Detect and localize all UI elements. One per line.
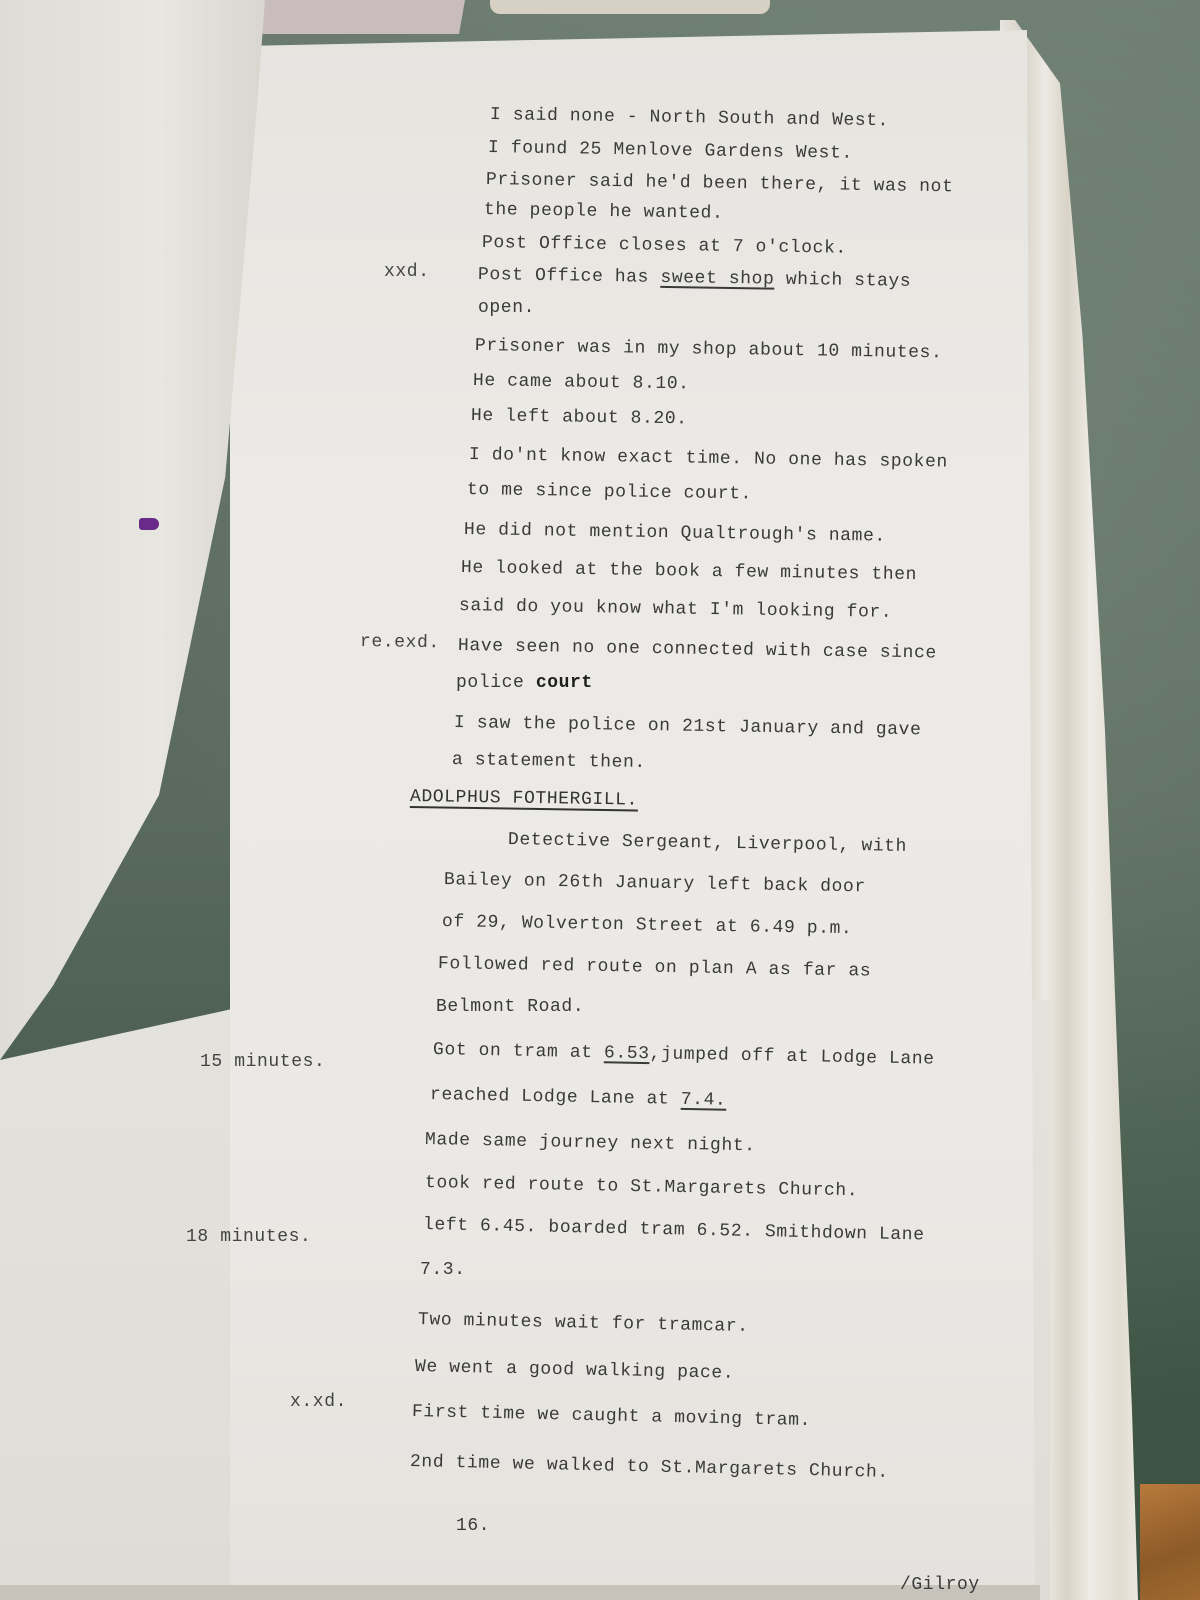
transcript-line: He came about 8.10.: [473, 371, 690, 394]
margin-note-18-minutes: 18 minutes.: [186, 1227, 311, 1247]
transcript-line: Belmont Road.: [436, 997, 584, 1017]
underlined-text: sweet shop: [660, 268, 774, 290]
margin-note-15-minutes: 15 minutes.: [200, 1052, 325, 1072]
underlined-time: 6.53: [604, 1043, 650, 1064]
bottom-edge-shadow: [0, 1585, 1040, 1600]
wooden-table-edge: [1140, 1484, 1200, 1600]
catchword: /Gilroy: [900, 1575, 980, 1595]
line-text: which stays: [774, 270, 911, 292]
top-board: [259, 0, 465, 34]
margin-note-xxd-2: x.xd.: [290, 1392, 347, 1412]
line-text: Got on tram at: [433, 1040, 604, 1063]
transcript-line: He left about 8.20.: [471, 406, 688, 429]
margin-note-xxd: xxd.: [384, 262, 430, 282]
witness-name-heading: ADOLPHUS FOTHERGILL.: [410, 787, 638, 811]
margin-note-reexd: re.exd.: [360, 632, 440, 653]
transcript-line: 7.3.: [420, 1260, 466, 1280]
purple-ribbon-bookmark: [139, 518, 159, 530]
page-number: 16.: [456, 1516, 490, 1536]
transcript-line: police court: [456, 673, 593, 693]
transcript-line: a statement then.: [452, 750, 646, 773]
rolled-paper: [490, 0, 770, 14]
underlined-time: 7.4.: [681, 1090, 727, 1111]
transcript-line: the people he wanted.: [484, 200, 724, 224]
line-text: police: [456, 673, 536, 693]
bold-text: court: [536, 673, 593, 693]
transcript-line: open.: [478, 298, 535, 318]
line-text: Post Office has: [478, 265, 661, 288]
